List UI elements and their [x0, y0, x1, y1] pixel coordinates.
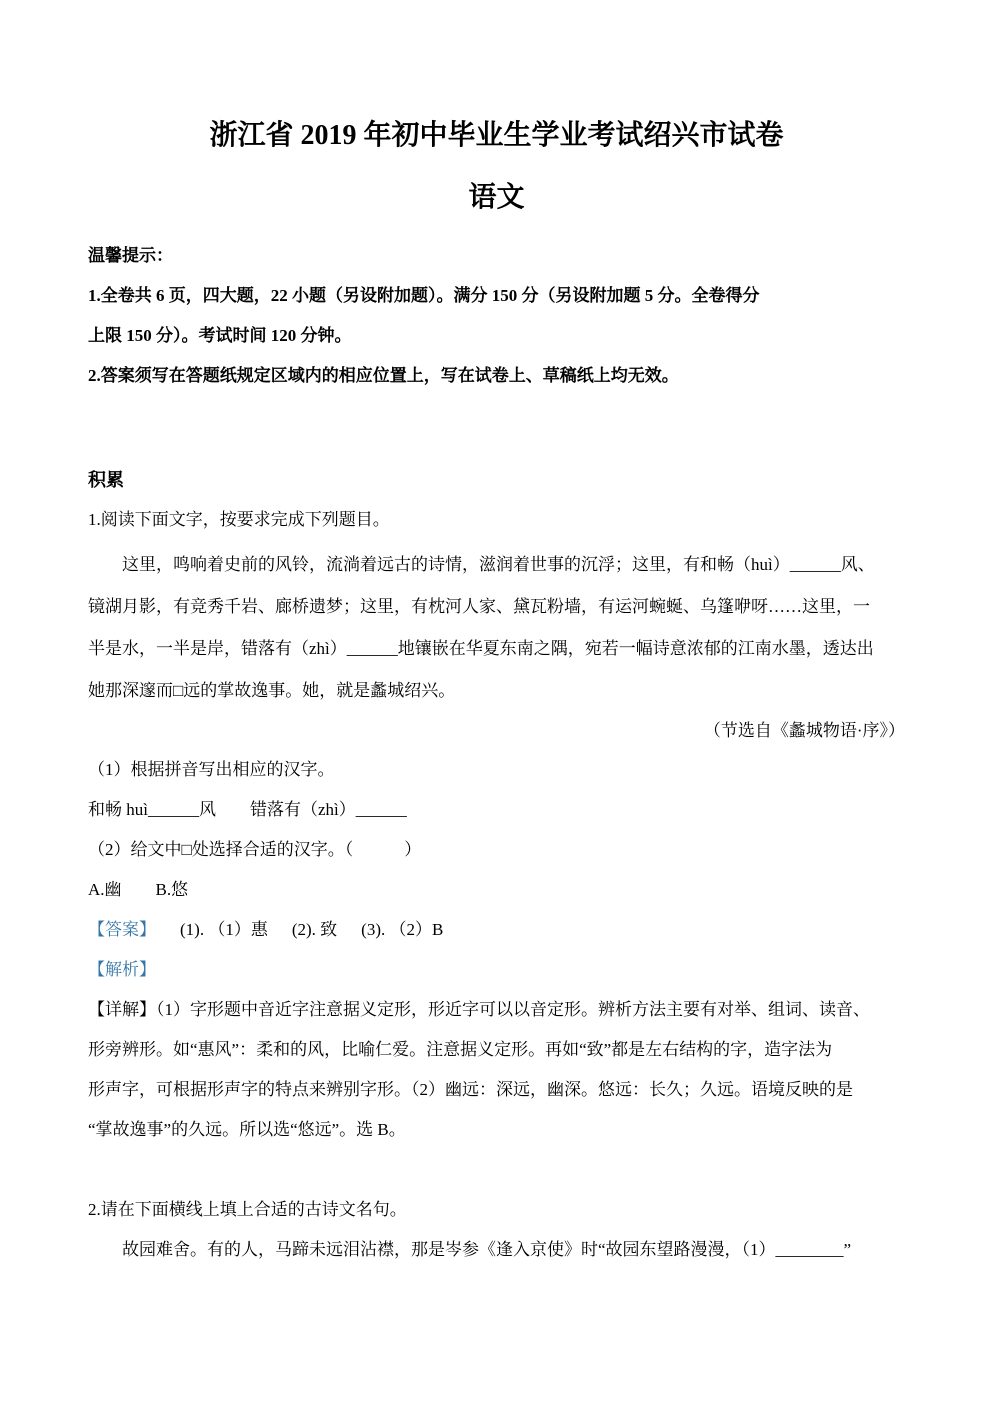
analysis-block: 【详解】（1）字形题中音近字注意据义定形，形近字可以以音定形。辨析方法主要有对举… [88, 990, 905, 1150]
passage-line: 这里，鸣响着史前的风铃，流淌着远古的诗情，滋润着世事的沉浮；这里，有和畅（huì… [88, 544, 905, 586]
analysis-line: 形声字，可根据形声字的特点来辨别字形。（2）幽远：深远，幽深。悠远：长久；久远。… [88, 1070, 905, 1110]
question-1-sub1-blanks: 和畅 huì______风 错落有（zhì）______ [88, 790, 905, 830]
question-2-stem: 2.请在下面横线上填上合适的古诗文名句。 [88, 1190, 905, 1230]
answer-label: 【答案】 [88, 910, 156, 950]
passage-line: 半是水，一半是岸，错落有（zhì）______地镶嵌在华夏东南之隅，宛若一幅诗意… [88, 628, 905, 670]
question-2: 2.请在下面横线上填上合适的古诗文名句。 故园难舍。有的人，马蹄未远泪沾襟，那是… [88, 1190, 905, 1270]
exam-paper-page: 浙江省 2019 年初中毕业生学业考试绍兴市试卷 语文 温馨提示： 1.全卷共 … [0, 0, 993, 1404]
question-1-stem: 1.阅读下面文字，按要求完成下列题目。 [88, 500, 905, 540]
notice-line: 1.全卷共 6 页，四大题，22 小题（另设附加题）。满分 150 分（另设附加… [88, 276, 905, 316]
page-title: 浙江省 2019 年初中毕业生学业考试绍兴市试卷 [88, 118, 905, 154]
answer-part: (3). （2）B [361, 910, 443, 950]
notice-heading: 温馨提示： [88, 236, 905, 276]
question-1: 1.阅读下面文字，按要求完成下列题目。 这里，鸣响着史前的风铃，流淌着远古的诗情… [88, 500, 905, 1150]
analysis-label: 【解析】 [88, 950, 905, 990]
page-subtitle: 语文 [88, 180, 905, 216]
section-heading-accumulation: 积累 [88, 460, 905, 500]
answer-row: 【答案】 (1). （1）惠 (2). 致 (3). （2）B [88, 910, 905, 950]
reading-passage: 这里，鸣响着史前的风铃，流淌着远古的诗情，滋润着世事的沉浮；这里，有和畅（huì… [88, 544, 905, 712]
analysis-line: “掌故逸事”的久远。所以选“悠远”。选 B。 [88, 1110, 905, 1150]
notice-block: 温馨提示： 1.全卷共 6 页，四大题，22 小题（另设附加题）。满分 150 … [88, 236, 905, 396]
answer-part: (2). 致 [292, 910, 337, 950]
answer-part: (1). （1）惠 [180, 910, 268, 950]
passage-line: 她那深邃而□远的掌故逸事。她，就是蠡城绍兴。 [88, 670, 905, 712]
passage-attribution: （节选自《蠡城物语·序》） [88, 712, 905, 750]
passage-line: 镜湖月影，有竞秀千岩、廊桥遗梦；这里，有枕河人家、黛瓦粉墙，有运河蜿蜒、乌篷咿呀… [88, 586, 905, 628]
question-1-options: A.幽 B.悠 [88, 870, 905, 910]
analysis-line: 【详解】（1）字形题中音近字注意据义定形，形近字可以以音定形。辨析方法主要有对举… [88, 990, 905, 1030]
notice-line: 上限 150 分）。考试时间 120 分钟。 [88, 316, 905, 356]
analysis-line: 形旁辨形。如“惠风”：柔和的风，比喻仁爱。注意据义定形。再如“致”都是左右结构的… [88, 1030, 905, 1070]
notice-line: 2.答案须写在答题纸规定区域内的相应位置上，写在试卷上、草稿纸上均无效。 [88, 356, 905, 396]
question-1-sub1: （1）根据拼音写出相应的汉字。 [88, 750, 905, 790]
question-1-sub2: （2）给文中□处选择合适的汉字。（ ） [88, 830, 905, 870]
question-2-line: 故园难舍。有的人，马蹄未远泪沾襟，那是岑参《逢入京使》时“故园东望路漫漫，（1）… [88, 1230, 905, 1270]
